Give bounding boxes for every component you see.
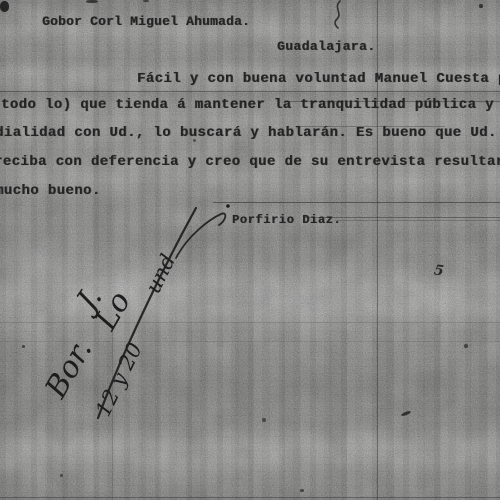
- scan-line-artifact: [0, 497, 500, 498]
- scan-line-artifact: [213, 202, 500, 203]
- typed-line-body: dialidad con Ud., lo buscará y hablarán.…: [0, 126, 497, 140]
- ink-speck: [479, 4, 483, 8]
- typed-line-body: Fácil y con buena voluntad Manuel Cuesta…: [137, 72, 500, 86]
- scan-line-artifact: [0, 341, 500, 342]
- typed-line-body: reciba con deferencia y creo que de su e…: [0, 155, 500, 169]
- ink-speck: [464, 344, 468, 348]
- typed-line-signature: Porfirio Diaz.: [232, 214, 341, 226]
- scan-line-artifact: [0, 322, 500, 323]
- ink-speck: [22, 345, 25, 348]
- ink-speck: [60, 474, 63, 477]
- scan-line-artifact: [335, 220, 500, 221]
- ink-speck: [0, 1, 9, 12]
- typed-line-body: todo lo) que tienda á mantener la tranqu…: [1, 98, 500, 112]
- ink-speck: [300, 489, 304, 492]
- typed-line-recipient: Gobor Corl Miguel Ahumada.: [42, 15, 250, 28]
- typed-line-place: Guadalajara.: [277, 40, 375, 53]
- scan-line-artifact: [0, 91, 500, 92]
- ink-speck: [143, 0, 149, 2]
- typed-line-body: mucho bueno.: [0, 184, 101, 198]
- vertical-fold-line: [112, 330, 113, 500]
- ink-speck: [262, 418, 266, 422]
- scanned-letter-page: 5 Gobor Corl Miguel Ahumada. Guadalajara…: [0, 0, 500, 500]
- ink-speck: [86, 0, 98, 3]
